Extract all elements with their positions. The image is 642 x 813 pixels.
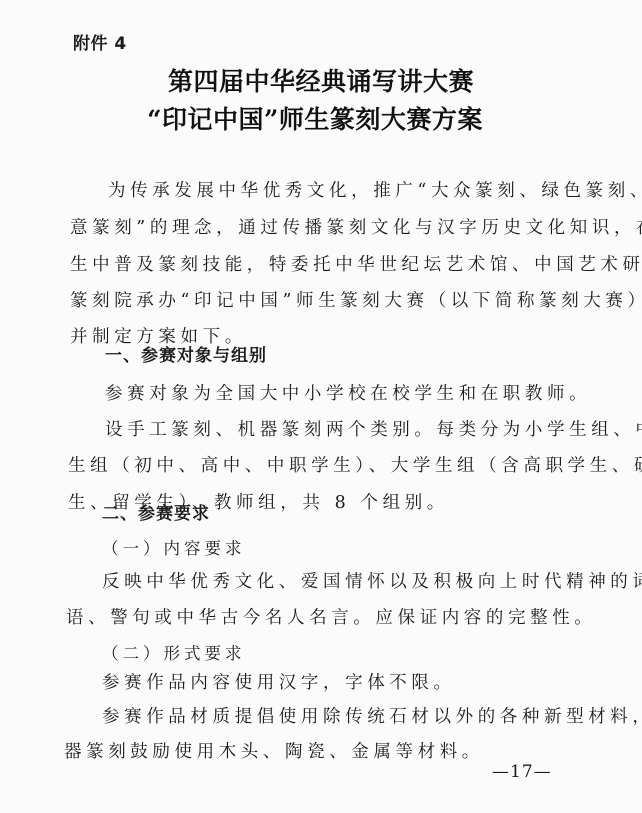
subsection-2-para-1: 参赛作品内容使用汉字，字体不限。 [102, 669, 456, 694]
subsection-2-para-2-line-1: 参赛作品材质提倡使用除传统石材以外的各种新型材料，机 [102, 703, 642, 728]
intro-line-2: 意篆刻”的理念，通过传播篆刻文化与汉字历史文化知识，在师 [70, 214, 642, 239]
section-1-para-2-line-1: 设手工篆刻、机器篆刻两个类别。每类分为小学生组、中学 [105, 416, 642, 441]
subsection-2-heading: （二）形式要求 [102, 640, 246, 664]
subsection-2-para-2-line-2: 器篆刻鼓励使用木头、陶瓷、金属等材料。 [64, 738, 484, 763]
intro-line-1: 为传承发展中华优秀文化，推广“大众篆刻、绿色篆刻、创 [108, 177, 642, 202]
section-1-heading: 一、参赛对象与组别 [105, 341, 267, 366]
subsection-1-line-1: 反映中华优秀文化、爱国情怀以及积极向上时代精神的词 [102, 568, 642, 593]
title-line-2: “印记中国”师生篆刻大赛方案 [0, 100, 636, 136]
subsection-1-heading: （一）内容要求 [102, 535, 246, 559]
document-page: 附件 4 第四届中华经典诵写讲大赛 “印记中国”师生篆刻大赛方案 为传承发展中华… [0, 0, 642, 813]
attachment-label: 附件 4 [73, 29, 127, 54]
section-1-para-2-line-2: 生组（初中、高中、中职学生）、大学生组（含高职学生、研究 [68, 452, 642, 477]
page-number: —17— [492, 762, 552, 782]
title-line-1: 第四届中华经典诵写讲大赛 [0, 62, 642, 98]
section-2-heading: 二、参赛要求 [102, 499, 210, 524]
intro-line-4: 篆刻院承办“印记中国”师生篆刻大赛（以下简称篆刻大赛）， [70, 287, 642, 312]
section-1-para-1: 参赛对象为全国大中小学校在校学生和在职教师。 [105, 380, 591, 405]
intro-line-3: 生中普及篆刻技能，特委托中华世纪坛艺术馆、中国艺术研究院 [70, 251, 642, 276]
subsection-1-line-2: 语、警句或中华古今名人名言。应保证内容的完整性。 [66, 604, 596, 629]
